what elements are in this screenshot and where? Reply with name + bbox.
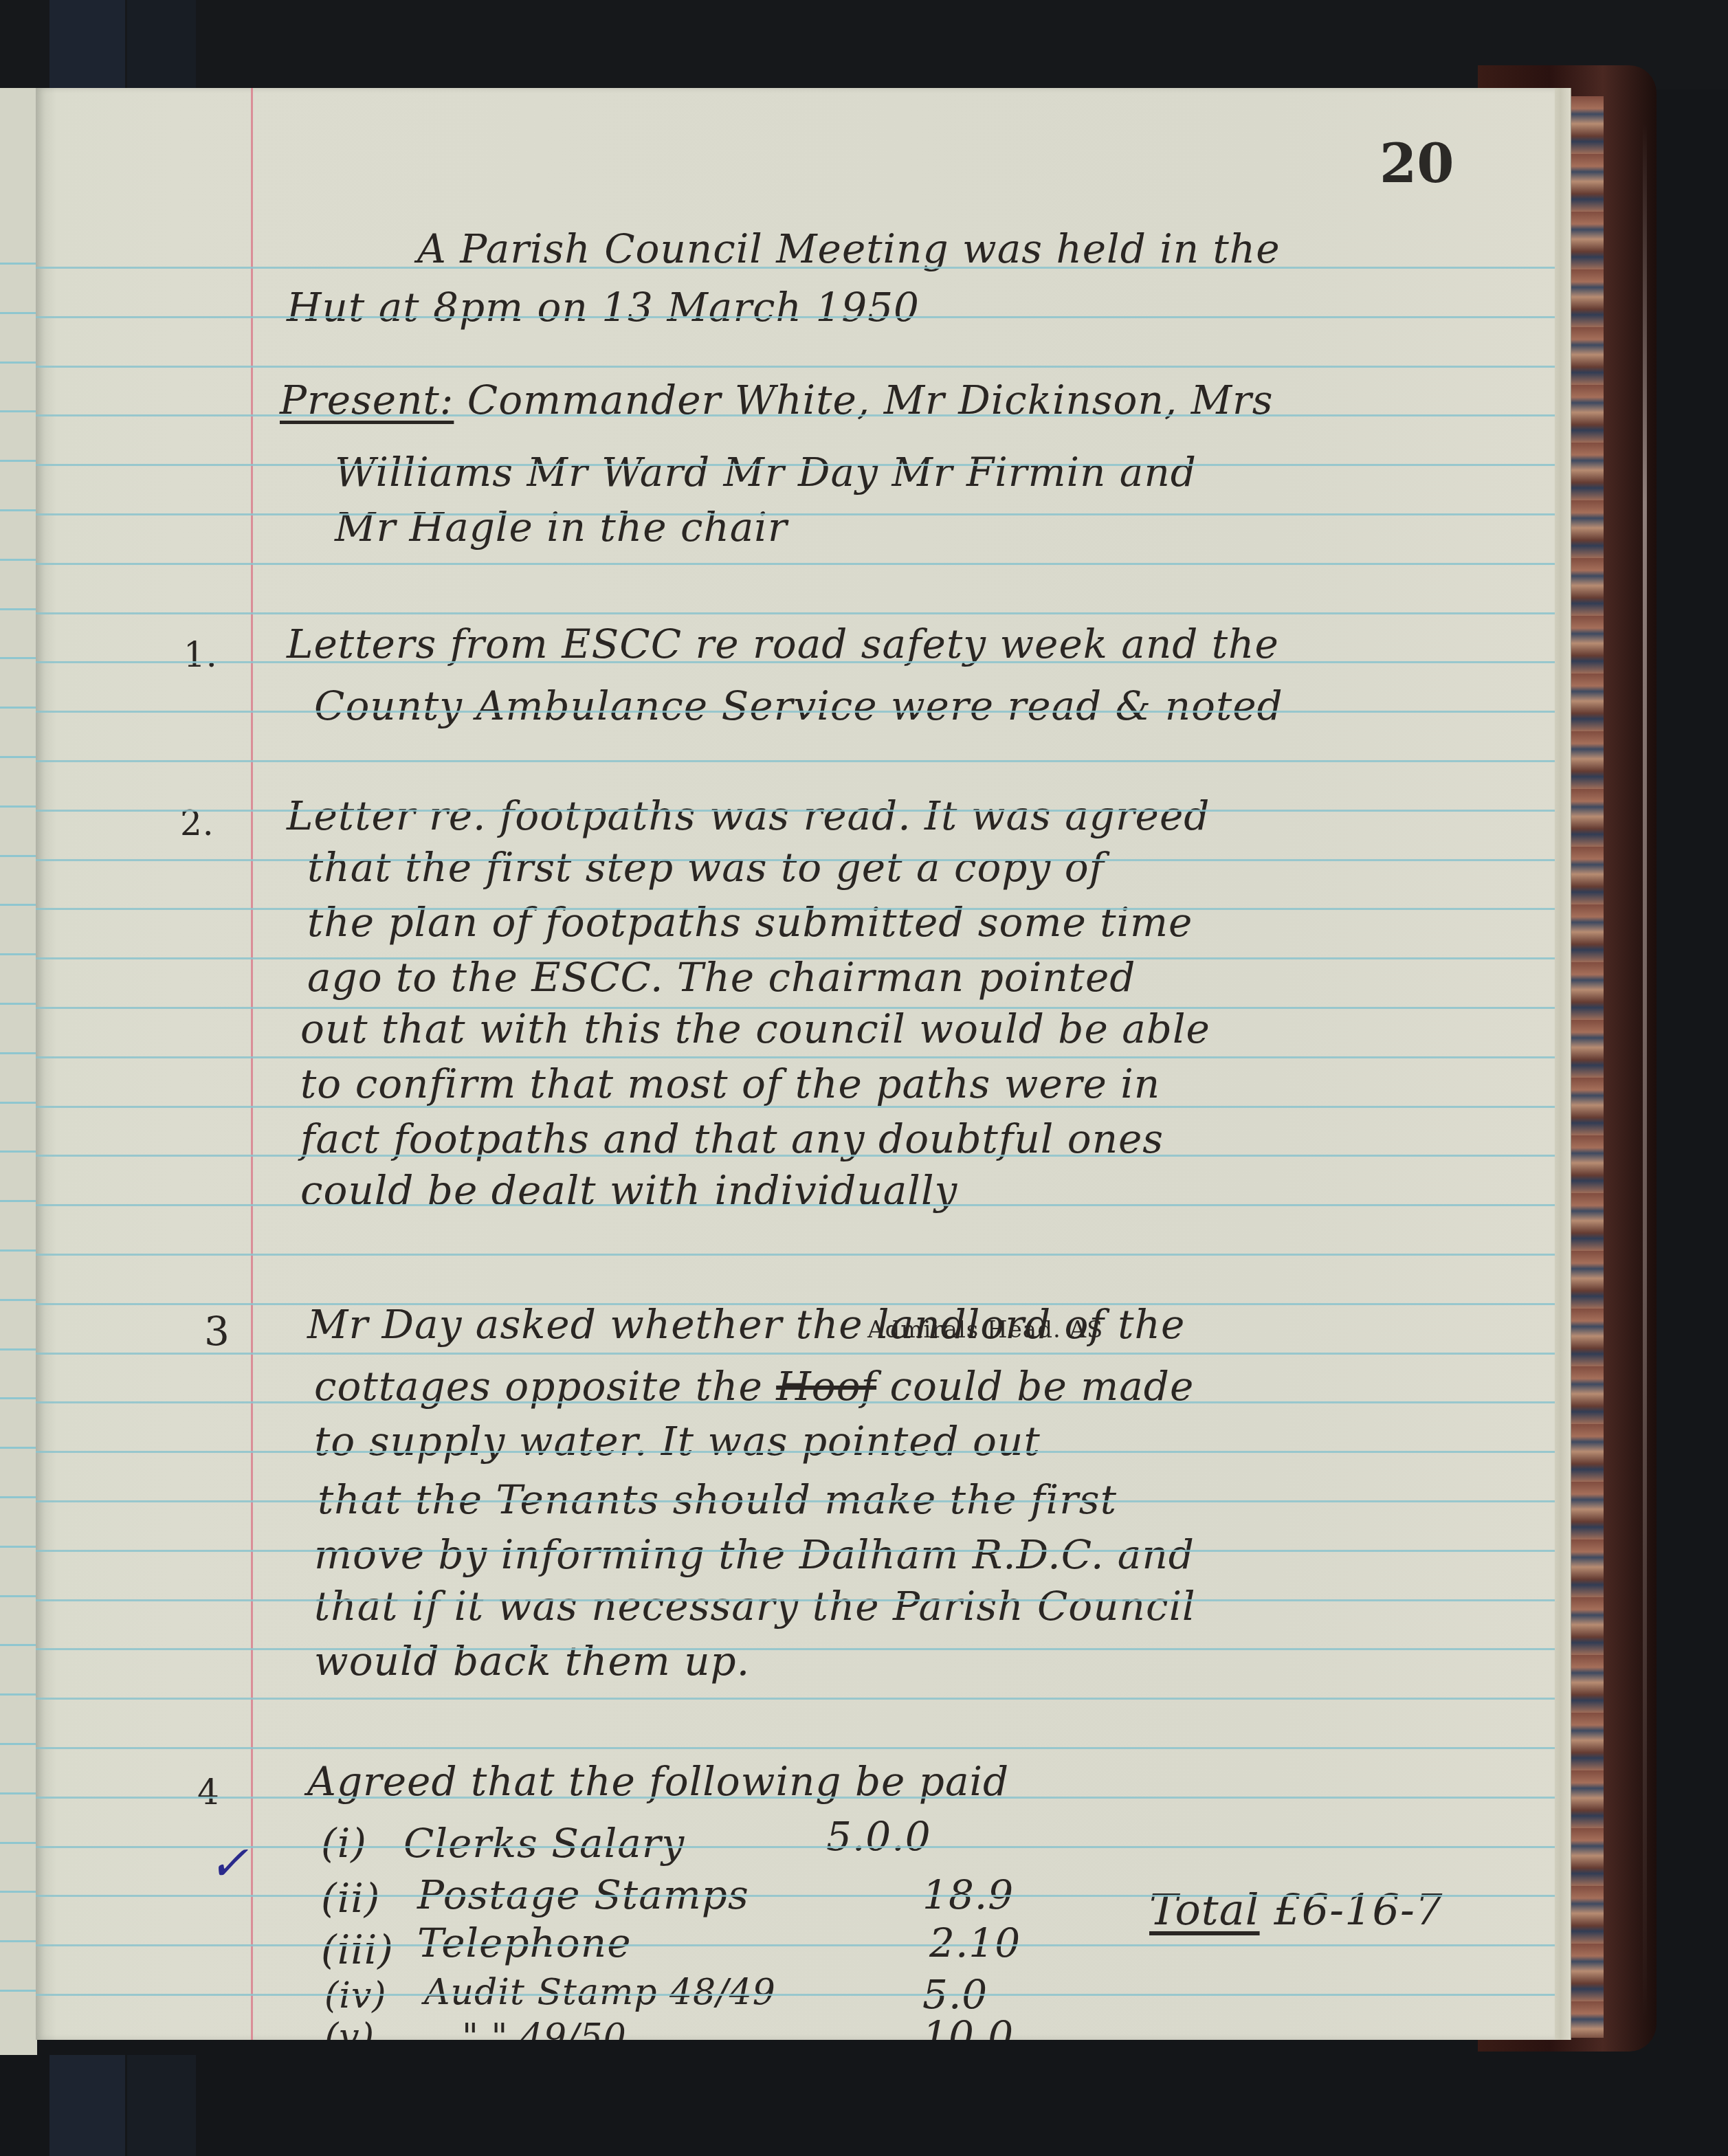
ruled-line <box>0 1496 37 1498</box>
item-number: 1. <box>184 638 218 672</box>
ruled-line <box>0 1891 37 1893</box>
ruled-line <box>0 1693 37 1696</box>
item-number: 3 <box>204 1311 230 1351</box>
ruled-line <box>0 1052 37 1054</box>
item-2-line: to confirm that most of the paths were i… <box>300 1064 1160 1104</box>
ruled-line <box>36 1599 1555 1601</box>
ruled-line <box>0 756 37 758</box>
ruled-line <box>0 1003 37 1005</box>
ruled-line <box>0 953 37 955</box>
item-2-line: Letter re. footpaths was read. It was ag… <box>287 796 1210 836</box>
payment-index: (i) <box>321 1823 367 1863</box>
ruled-line <box>0 460 37 462</box>
item-3-line: to supply water. It was pointed out <box>314 1421 1041 1461</box>
ruled-line <box>0 1200 37 1202</box>
item-2-line: that the first step was to get a copy of <box>307 847 1105 887</box>
ruled-line <box>0 855 37 857</box>
previous-page-edge <box>0 88 37 2055</box>
ruled-line <box>36 1797 1555 1799</box>
ruled-line <box>0 657 37 659</box>
total-label: Total <box>1149 1885 1260 1935</box>
item-3-insertion: Admirals Head. AS <box>867 1318 1103 1342</box>
ruled-line <box>36 1747 1555 1749</box>
heading-line-2: Hut at 8pm on 13 March 1950 <box>287 287 920 327</box>
item-2-line: ago to the ESCC. The chairman pointed <box>307 957 1136 997</box>
binding-strap <box>49 2055 125 2156</box>
ruled-line <box>0 263 37 265</box>
payment-description: " " 49/50 <box>462 2019 627 2040</box>
item-2-line: fact footpaths and that any doubtful one… <box>300 1119 1164 1159</box>
ruled-line <box>36 1401 1555 1403</box>
ruled-line <box>36 1944 1555 1946</box>
item-number: 4 <box>197 1775 220 1810</box>
ruled-line <box>0 1792 37 1794</box>
ruled-line <box>36 810 1555 812</box>
ruled-line <box>36 612 1555 614</box>
ruled-line <box>0 1299 37 1301</box>
binding-strap <box>49 0 125 89</box>
ruled-line <box>0 312 37 314</box>
item-1-line: County Ambulance Service were read & not… <box>314 686 1283 726</box>
ruled-line <box>36 1204 1555 1206</box>
item-3-line: cottages opposite the Hoof could be made <box>314 1366 1194 1406</box>
ruled-line <box>36 1106 1555 1108</box>
item-2-line: out that with this the council would be … <box>300 1009 1210 1049</box>
item-3-line: that the Tenants should make the first <box>318 1480 1117 1520</box>
ruled-line <box>0 1743 37 1745</box>
ruled-line <box>0 707 37 709</box>
payment-description: Clerks Salary <box>403 1823 685 1863</box>
heading-line-1: A Parish Council Meeting was held in the <box>417 229 1281 269</box>
ruled-line <box>0 1990 37 1992</box>
blue-pencil-tick-icon: ✓ <box>208 1835 249 1891</box>
ruled-line <box>0 362 37 364</box>
ruled-line <box>0 1447 37 1449</box>
item-3-line: move by informing the Dalham R.D.C. and <box>314 1535 1195 1575</box>
payment-index: (iii) <box>321 1930 394 1970</box>
item-3-line: that if it was necessary the Parish Coun… <box>314 1586 1196 1626</box>
ruled-line <box>36 316 1555 318</box>
item-1-line: Letters from ESCC re road safety week an… <box>287 624 1279 664</box>
ruled-line <box>0 1842 37 1844</box>
ruled-line <box>36 908 1555 910</box>
ruled-line <box>36 1698 1555 1700</box>
ruled-line <box>36 563 1555 565</box>
payment-amount: 10.0 <box>922 2016 1014 2040</box>
ruled-line <box>36 1550 1555 1552</box>
ruled-line <box>0 805 37 808</box>
ruled-line <box>0 1151 37 1153</box>
ruled-line <box>0 1644 37 1646</box>
payment-description: Telephone <box>417 1923 631 1963</box>
ruled-line <box>0 1249 37 1252</box>
present-line-2: Williams Mr Ward Mr Day Mr Firmin and <box>335 452 1197 492</box>
payment-description: Audit Stamp 48/49 <box>424 1975 776 2010</box>
payment-index: (iv) <box>324 1978 387 2014</box>
background-top <box>0 0 1728 89</box>
ruled-line <box>0 608 37 610</box>
ruled-line <box>0 559 37 561</box>
item-4-intro: Agreed that the following be paid <box>307 1762 1009 1801</box>
ruled-line <box>36 1056 1555 1058</box>
ruled-line <box>36 1648 1555 1650</box>
cover-highlight <box>1643 124 1647 2021</box>
ruled-line <box>36 414 1555 416</box>
ruled-line <box>36 1500 1555 1502</box>
ruled-line <box>0 1940 37 1942</box>
ruled-line <box>36 1353 1555 1355</box>
payment-index: (v) <box>324 2019 375 2040</box>
ruled-line <box>36 513 1555 515</box>
item-3-line: would back them up. <box>314 1641 750 1681</box>
page-number: 20 <box>1380 133 1454 195</box>
ruled-line <box>36 1994 1555 1996</box>
ruled-line <box>36 267 1555 269</box>
ruled-line <box>36 464 1555 466</box>
binding-strap <box>127 0 196 89</box>
binding-strap <box>127 2055 196 2156</box>
payment-index: (ii) <box>321 1878 380 1918</box>
ruled-line <box>36 760 1555 762</box>
ruled-line <box>36 711 1555 713</box>
ruled-line <box>0 1102 37 1104</box>
ruled-line <box>36 957 1555 959</box>
ruled-line <box>36 1846 1555 1848</box>
ruled-line <box>0 509 37 511</box>
total-value: £6-16-7 <box>1274 1885 1443 1935</box>
notebook-page: 20 A Parish Council Meeting was held in … <box>36 88 1555 2040</box>
marbled-fore-edge <box>1566 96 1604 2038</box>
ruled-line <box>36 1895 1555 1897</box>
payment-amount: 2.10 <box>929 1923 1021 1963</box>
ruled-line <box>36 859 1555 861</box>
ruled-line <box>0 410 37 412</box>
ruled-line <box>36 366 1555 368</box>
ruled-line <box>36 661 1555 663</box>
ruled-line <box>36 1155 1555 1157</box>
ruled-line <box>0 904 37 906</box>
ruled-line <box>36 1303 1555 1305</box>
ruled-line <box>0 1546 37 1548</box>
ruled-line <box>36 1451 1555 1453</box>
ruled-line <box>36 1254 1555 1256</box>
ruled-line <box>0 1595 37 1597</box>
ruled-line <box>0 1397 37 1399</box>
ruled-line <box>36 1007 1555 1009</box>
payment-amount: 5.0.0 <box>826 1816 931 1856</box>
ruled-line <box>0 1348 37 1351</box>
